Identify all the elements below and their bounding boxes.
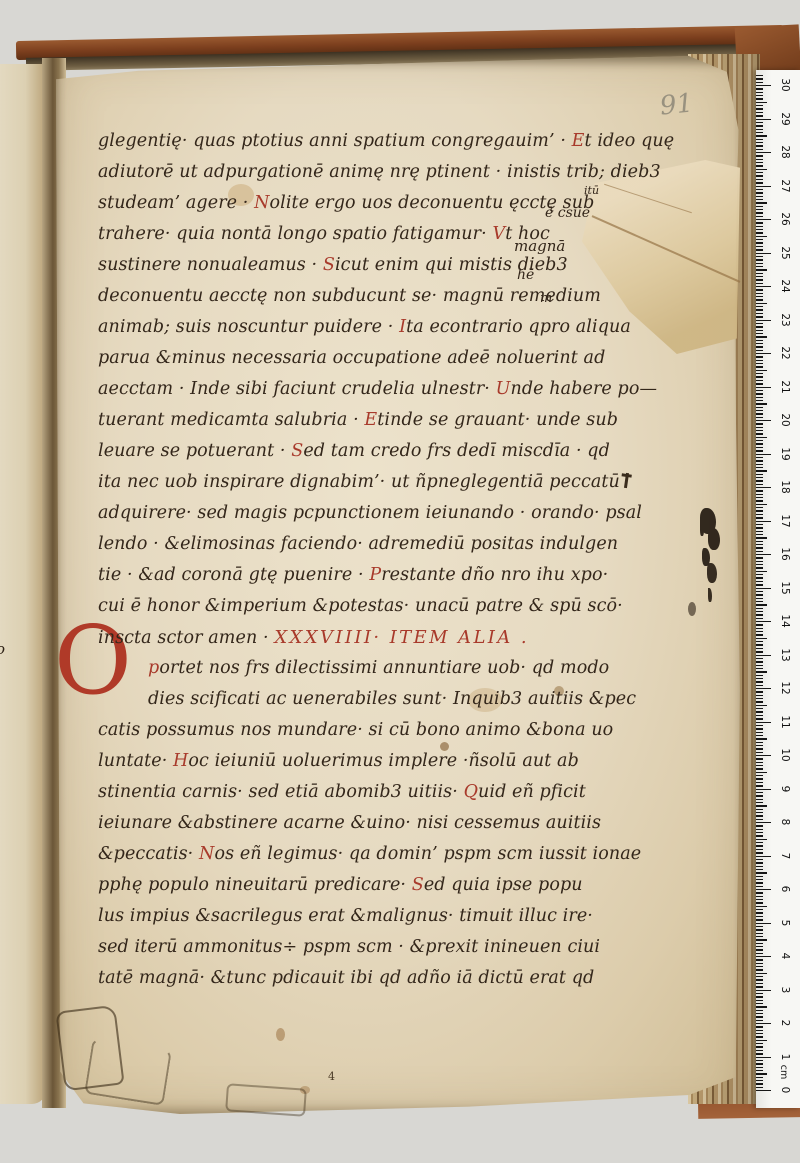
ruler-tick — [756, 527, 763, 528]
ruler-tick — [756, 1033, 763, 1034]
ruler-tick — [756, 152, 771, 153]
quire-mark: 4 — [328, 1070, 335, 1083]
ruler-tick — [756, 159, 763, 160]
ruler-tick — [756, 279, 763, 280]
ruler-tick — [756, 521, 771, 522]
ruler-tick — [756, 936, 763, 937]
ruler-tick — [756, 1070, 763, 1071]
ruler-tick — [756, 1053, 763, 1054]
ruler-tick — [756, 437, 767, 438]
ruler-tick — [756, 551, 763, 552]
ink-text: sed iterū ammonitus÷ pspm scm · &prexit … — [98, 937, 600, 957]
ruler-tick — [756, 427, 763, 428]
ruler-tick — [756, 474, 763, 475]
ruler-tick — [756, 477, 763, 478]
ink-text: sustinere nonualeamus · — [98, 255, 323, 275]
ruler-tick — [756, 752, 763, 753]
ruler-tick — [756, 209, 763, 210]
ruler-tick — [756, 82, 763, 83]
ruler-number: 28 — [777, 143, 791, 161]
manuscript-line: ieiunare &abstinere acarne &uino· nisi c… — [98, 808, 654, 839]
ruler-tick — [756, 926, 763, 927]
ruler-tick — [756, 420, 771, 421]
ruler-tick — [756, 765, 763, 766]
ruler-tick — [756, 933, 763, 934]
ruler-tick — [756, 839, 767, 840]
ruler-tick — [756, 608, 763, 609]
ruler-tick — [756, 467, 763, 468]
ink-text: dies scificati ac uenerabiles sunt· Inqu… — [148, 689, 636, 709]
ruler-tick — [756, 604, 767, 605]
ink-text: inscta sctor amen · — [98, 628, 274, 648]
ruler-tick — [756, 762, 763, 763]
ruler-tick — [756, 986, 763, 987]
manuscript-line: leuare se potuerant · Sed tam credo frs … — [98, 436, 654, 467]
ruler-tick — [756, 376, 763, 377]
ruler-tick — [756, 584, 763, 585]
manuscript-line: aecctam · Inde sibi faciunt crudelia uln… — [98, 374, 654, 405]
ruler-tick — [756, 832, 763, 833]
ruler-tick — [756, 688, 771, 689]
ruler-number: 7 — [777, 847, 791, 865]
ruler-tick — [756, 825, 763, 826]
ruler-number: 15 — [777, 579, 791, 597]
ruler-tick — [756, 946, 763, 947]
manuscript-line: lus impius &sacrilegus erat &malignus· t… — [98, 901, 654, 932]
ruler-tick — [756, 266, 763, 267]
ruler-tick — [756, 742, 763, 743]
facing-page-sliver — [0, 64, 46, 1104]
ruler-tick — [756, 219, 771, 220]
ruler-tick — [756, 192, 763, 193]
ruler-tick — [756, 299, 763, 300]
ruler-tick — [756, 651, 763, 652]
ruler-tick — [756, 829, 763, 830]
ruler-tick — [756, 296, 763, 297]
ink-text: restante dño nro ihu xpo· — [381, 565, 608, 585]
ruler-tick — [756, 611, 763, 612]
ruler-number: 16 — [777, 545, 791, 563]
ruler-tick — [756, 718, 763, 719]
ruler-number: 10 — [777, 746, 791, 764]
ruler-tick — [756, 902, 763, 903]
ruler-tick — [756, 789, 771, 790]
ruler-tick — [756, 782, 763, 783]
ruler-tick — [756, 598, 763, 599]
ruler-tick — [756, 92, 763, 93]
ruler-number: 17 — [777, 512, 791, 530]
ruler-tick — [756, 410, 763, 411]
ruler-tick — [756, 1010, 763, 1011]
ruler-tick — [756, 725, 763, 726]
ruler-tick — [756, 1023, 771, 1024]
ruler-tick — [756, 1046, 763, 1047]
ruler-tick — [756, 658, 763, 659]
ruler-tick — [756, 450, 763, 451]
ruler-tick — [756, 564, 763, 565]
ruler-tick — [756, 1087, 763, 1088]
ruler-tick — [756, 534, 763, 535]
ruler-tick — [756, 1050, 763, 1051]
ink-text: ed tam credo frs dedī miscdīa · qd — [303, 441, 610, 461]
ruler-number: 5 — [777, 914, 791, 932]
ruler-tick — [756, 413, 763, 414]
ruler-number: 23 — [777, 311, 791, 329]
ink-text: t ideo quę — [585, 131, 675, 151]
ruler-tick — [756, 886, 763, 887]
ruler-tick — [756, 845, 763, 846]
ruler-tick — [756, 370, 767, 371]
manuscript-line: dies scificati ac uenerabiles sunt· Inqu… — [98, 684, 654, 715]
margin-note: hē — [517, 267, 534, 283]
ruler-tick — [756, 95, 763, 96]
ruler-tick — [756, 256, 763, 257]
manuscript-line: sed iterū ammonitus÷ pspm scm · &prexit … — [98, 932, 654, 963]
ruler-number: 4 — [777, 947, 791, 965]
ruler-tick — [756, 390, 763, 391]
manuscript-line: ita nec uob inspirare dignabim’· ut ñpne… — [98, 467, 654, 498]
rubricated-text: N — [254, 193, 269, 213]
ruler-tick — [756, 460, 763, 461]
ruler-tick — [756, 671, 767, 672]
ruler-tick — [756, 557, 763, 558]
ruler-tick — [756, 400, 763, 401]
ruler-tick — [756, 1073, 767, 1074]
ink-text: parua &minus necessaria occupatione adeē… — [98, 348, 605, 368]
ink-text: ed quia ipse popu — [424, 875, 583, 895]
ruler-tick — [756, 795, 763, 796]
margin-note: magnā — [514, 237, 565, 255]
ruler-tick — [756, 923, 771, 924]
ruler-tick — [756, 336, 767, 337]
ruler-tick — [756, 363, 763, 364]
ruler-tick — [756, 852, 763, 853]
ink-text: tinde se grauant· unde sub — [377, 410, 618, 430]
ruler-tick — [756, 531, 763, 532]
ruler-tick — [756, 340, 763, 341]
ruler-tick — [756, 799, 763, 800]
ruler-tick — [756, 125, 763, 126]
ruler-tick — [756, 628, 763, 629]
ruler-tick — [756, 772, 767, 773]
ruler-number: 2 — [777, 1014, 791, 1032]
ruler-tick — [756, 289, 763, 290]
rubricated-text: U — [496, 379, 511, 399]
ruler-number: 29 — [777, 110, 791, 128]
ruler-tick — [756, 507, 763, 508]
ruler-tick — [756, 916, 763, 917]
ink-text: cui ē honor &imperium &potestas· unacū p… — [98, 596, 623, 616]
ruler-tick — [756, 239, 763, 240]
ruler-tick — [756, 872, 767, 873]
ruler-tick — [756, 732, 763, 733]
ruler-tick — [756, 457, 763, 458]
ruler-tick — [756, 685, 763, 686]
ruler-tick — [756, 78, 763, 79]
ruler-tick — [756, 912, 763, 913]
ruler-number: 20 — [777, 411, 791, 429]
ruler-tick — [756, 360, 763, 361]
ink-text: lus impius &sacrilegus erat &malignus· t… — [98, 906, 593, 926]
ruler-tick — [756, 963, 763, 964]
rubricated-text: S — [412, 875, 424, 895]
ruler-tick — [756, 497, 763, 498]
ruler-tick — [756, 889, 771, 890]
ruler-tick — [756, 775, 763, 776]
ruler-tick — [756, 333, 763, 334]
ruler-number: 27 — [777, 177, 791, 195]
rubricated-text: Q — [464, 782, 478, 802]
ruler-tick — [756, 655, 771, 656]
ruler-tick — [756, 417, 763, 418]
ruler-tick — [756, 189, 763, 190]
rubricated-text: XXXVIIII· ITEM ALIA . — [274, 627, 529, 648]
ruler-number: 18 — [777, 478, 791, 496]
ruler-tick — [756, 819, 763, 820]
ruler-tick — [756, 648, 763, 649]
ruler-tick — [756, 641, 763, 642]
ink-text: aecctam · Inde sibi faciunt crudelia uln… — [98, 379, 496, 399]
manuscript-line: catis possumus nos mundare· si cū bono a… — [98, 715, 654, 746]
ruler-tick — [756, 510, 763, 511]
ruler-tick — [756, 678, 763, 679]
ink-text: trahere· quia nontā longo spatio fatigam… — [98, 224, 492, 244]
ruler-tick — [756, 242, 763, 243]
ruler-number: 19 — [777, 445, 791, 463]
ruler-tick — [756, 313, 763, 314]
manuscript-line: tatē magnā· &tunc pdicauit ibi qd adño i… — [98, 963, 654, 994]
ruler-number: 22 — [777, 344, 791, 362]
ruler-tick — [756, 959, 763, 960]
ruler-tick — [756, 253, 771, 254]
ink-text: tuerant medicamta salubria · — [98, 410, 364, 430]
ruler-tick — [756, 1057, 771, 1058]
ruler-tick — [756, 484, 763, 485]
ruler-tick — [756, 574, 763, 575]
ink-text: uid eñ pficit — [478, 782, 586, 802]
ruler-tick — [756, 246, 763, 247]
ruler-tick — [756, 119, 771, 120]
ink-text: tie · &ad coronā gtę puenire · — [98, 565, 369, 585]
ink-text: deconuentu aecctę non subducunt se· magn… — [98, 286, 601, 306]
ruler-tick — [756, 343, 763, 344]
ruler-tick — [756, 85, 771, 86]
ink-speck — [688, 602, 696, 616]
ruler-tick — [756, 812, 763, 813]
margin-note: itū — [584, 184, 599, 197]
manuscript-line: &peccatis· Nos eñ legimus· qa domin’ psp… — [98, 839, 654, 870]
ruler-tick — [756, 1067, 763, 1068]
ruler-tick — [756, 229, 763, 230]
ruler-tick — [756, 423, 763, 424]
ruler-tick — [756, 681, 763, 682]
ruler-tick — [756, 809, 763, 810]
ruler-tick — [756, 1003, 763, 1004]
ruler-tick — [756, 276, 763, 277]
ruler-tick — [756, 631, 763, 632]
ruler-tick — [756, 708, 763, 709]
ruler-tick — [756, 705, 767, 706]
ruler-tick — [756, 588, 771, 589]
ruler-tick — [756, 142, 763, 143]
ruler-tick — [756, 835, 763, 836]
ruler-tick — [756, 859, 763, 860]
manuscript-line: stinentia carnis· sed etiā abomib3 uitii… — [98, 777, 654, 808]
ruler-number: 0 — [777, 1081, 791, 1099]
manuscript-line: sustinere nonualeamus · Sicut enim qui m… — [98, 250, 654, 281]
ruler-tick — [756, 269, 767, 270]
ruler-tick — [756, 102, 767, 103]
ruler-tick — [756, 594, 763, 595]
ruler-tick — [756, 132, 763, 133]
ruler-tick — [756, 949, 763, 950]
ruler-tick — [756, 403, 767, 404]
ink-text: luntate· — [98, 751, 173, 771]
ruler-tick — [756, 856, 771, 857]
ruler-tick — [756, 514, 763, 515]
ruler-tick — [756, 199, 763, 200]
ruler-tick — [756, 882, 763, 883]
ruler-tick — [756, 601, 763, 602]
folio-number-pencil: 91 — [659, 88, 695, 121]
ruler-tick — [756, 1036, 763, 1037]
ruler-tick — [756, 202, 767, 203]
ruler-tick — [756, 1006, 767, 1007]
ruler-tick — [756, 165, 763, 166]
ruler-tick — [756, 273, 763, 274]
ruler-tick — [756, 547, 763, 548]
ruler-tick — [756, 802, 763, 803]
ink-text: ortet nos frs dilectissimi annuntiare uo… — [159, 658, 609, 678]
ruler-number: 14 — [777, 612, 791, 630]
parchment-stain — [276, 1028, 285, 1041]
ruler-tick — [756, 993, 763, 994]
ruler-tick — [756, 182, 763, 183]
manuscript-line: inscta sctor amen · XXXVIIII· ITEM ALIA … — [98, 622, 654, 653]
rubricated-text: S — [323, 255, 335, 275]
ruler-tick — [756, 896, 763, 897]
ruler-tick — [756, 232, 763, 233]
ruler-tick — [756, 996, 763, 997]
ruler-tick — [756, 490, 763, 491]
ruler-tick — [756, 494, 763, 495]
ruler-tick — [756, 98, 763, 99]
ruler-tick — [756, 1026, 763, 1027]
ruler-tick — [756, 309, 763, 310]
ruler-tick — [756, 440, 763, 441]
ruler-tick — [756, 196, 763, 197]
ink-text: pphę populo nineuitarū predicare· — [98, 875, 412, 895]
ruler-unit-label: cm — [777, 1062, 789, 1082]
ruler-tick — [756, 1030, 763, 1031]
ruler-tick — [756, 735, 763, 736]
ink-text: leuare se potuerant · — [98, 441, 291, 461]
manuscript-line: animab; suis noscuntur puidere · Ita eco… — [98, 312, 654, 343]
ruler-tick — [756, 1020, 763, 1021]
manuscript-line: tie · &ad coronā gtę puenire · Prestante… — [98, 560, 654, 591]
margin-note: m — [540, 291, 552, 306]
ruler-tick — [756, 75, 763, 76]
ruler-tick — [756, 792, 763, 793]
ink-text: ta econtrario qpro aliqua — [406, 317, 631, 337]
ruler-tick — [756, 849, 763, 850]
ruler-tick — [756, 480, 763, 481]
ruler-number: 3 — [777, 981, 791, 999]
ruler-tick — [756, 346, 763, 347]
ruler-tick — [756, 186, 771, 187]
ruler-tick — [756, 323, 763, 324]
ruler-number: 13 — [777, 646, 791, 664]
ruler-tick — [756, 966, 763, 967]
ruler-tick — [756, 135, 767, 136]
ruler-tick — [756, 561, 763, 562]
rubricated-text: E — [572, 131, 585, 151]
ruler-tick — [756, 249, 763, 250]
ruler-tick — [756, 1083, 763, 1084]
ruler-tick — [756, 433, 763, 434]
ruler-tick — [756, 286, 771, 287]
ruler-tick — [756, 88, 763, 89]
ruler-tick — [756, 919, 763, 920]
ink-blotch — [700, 508, 716, 534]
ruler-tick — [756, 956, 771, 957]
ruler-number: 25 — [777, 244, 791, 262]
ruler-number: 12 — [777, 679, 791, 697]
ruler-tick — [756, 722, 771, 723]
ruler-tick — [756, 634, 763, 635]
ruler-tick — [756, 263, 763, 264]
ruler-tick — [756, 544, 763, 545]
ruler-tick — [756, 504, 767, 505]
ink-text: lendo · &elimosinas faciendo· adremediū … — [98, 534, 618, 554]
ruler-tick — [756, 112, 763, 113]
ink-text: &peccatis· — [98, 844, 199, 864]
ink-text: oc ieiuniū uoluerimus implere ·ñsolū aut… — [188, 751, 578, 771]
ruler-tick — [756, 1016, 763, 1017]
ink-text: tatē magnā· &tunc pdicauit ibi qd adño i… — [98, 968, 594, 988]
ruler-tick — [756, 768, 763, 769]
ruler-tick — [756, 745, 763, 746]
ruler-tick — [756, 748, 763, 749]
ruler-tick — [756, 675, 763, 676]
ruler-tick — [756, 430, 763, 431]
ink-text: ita nec uob inspirare dignabim’· ut ñpne… — [98, 472, 620, 492]
ruler-tick — [756, 614, 763, 615]
ruler-tick — [756, 862, 763, 863]
ruler-tick — [756, 929, 763, 930]
ruler-tick — [756, 139, 763, 140]
ruler-tick — [756, 115, 763, 116]
manuscript-line: luntate· Hoc ieiuniū uoluerimus implere … — [98, 746, 654, 777]
ruler-tick — [756, 909, 763, 910]
ruler-tick — [756, 316, 763, 317]
ruler-tick — [756, 571, 767, 572]
ruler-number: 6 — [777, 880, 791, 898]
ruler-tick — [756, 638, 767, 639]
facing-page-letter: o — [0, 640, 5, 658]
ruler-tick — [756, 1077, 763, 1078]
ruler-number: 9 — [777, 780, 791, 798]
ink-text: ieiunare &abstinere acarne &uino· nisi c… — [98, 813, 601, 833]
ink-text: adiutorē ut adpurgationē animę nrę ptine… — [98, 162, 661, 182]
ruler-tick — [756, 591, 763, 592]
manuscript-line: adiutorē ut adpurgationē animę nrę ptine… — [98, 157, 654, 188]
rubricated-text: N — [199, 844, 214, 864]
cm-ruler: 0123456789101112131415161718192021222324… — [756, 70, 800, 1108]
ruler-tick — [756, 447, 763, 448]
ruler-tick — [756, 815, 763, 816]
ruler-tick — [756, 1043, 763, 1044]
